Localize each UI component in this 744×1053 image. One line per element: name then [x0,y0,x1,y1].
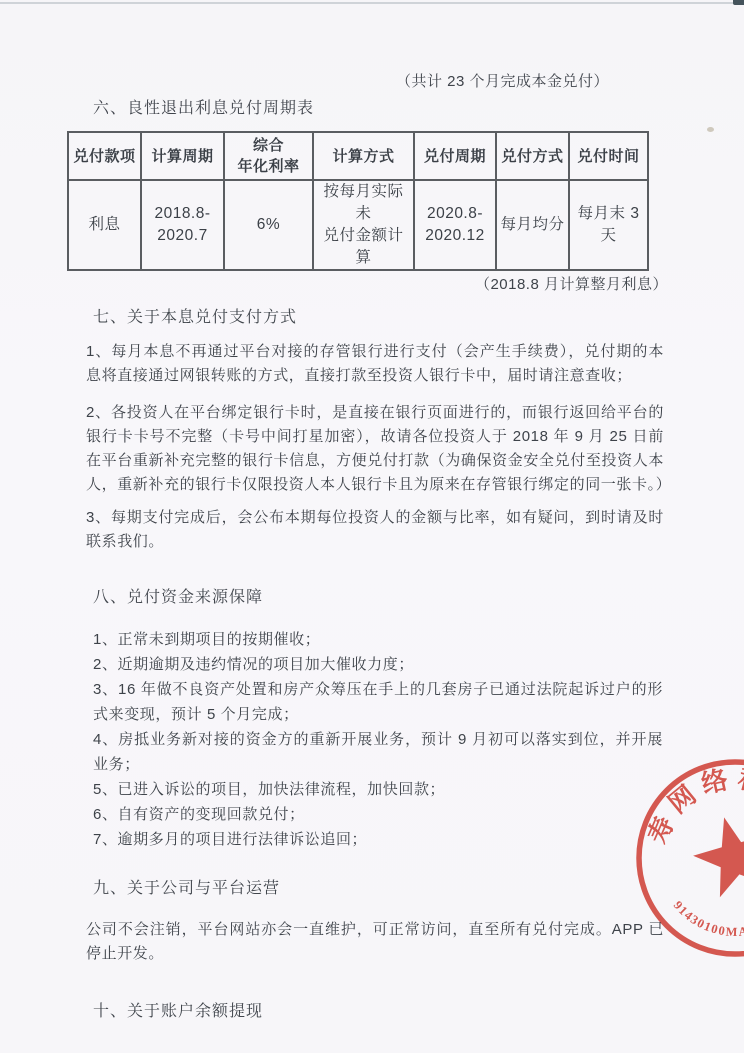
header-payment-item: 兑付款项 [68,132,141,180]
section7-paragraph-3: 3、每期支付完成后，会公布本期每位投资人的金额与比率，如有疑问，到时请及时联系我… [86,506,664,554]
section9-paragraph: 公司不会注销，平台网站亦会一直维护，可正常访问，直至所有兑付完成。APP 已停止… [86,918,664,966]
table-row: 利息 2018.8- 2020.7 6% 按每月实际未 兑付金额计算 2020.… [68,180,648,270]
header-annual-rate: 综合 年化利率 [224,132,313,180]
cell-payment-cycle: 2020.8- 2020.12 [414,180,496,270]
section7-paragraph-2: 2、各投资人在平台绑定银行卡时，是直接在银行页面进行的，而银行返回给平台的银行卡… [86,401,664,497]
cell-payment-method: 每月均分 [496,180,569,270]
funding-source-item-4: 4、房抵业务新对接的资金方的重新开展业务，预计 9 月初可以落实到位，并开展业务… [93,727,663,777]
section8-title: 八、兑付资金来源保障 [93,587,744,609]
funding-source-list: 1、正常未到期项目的按期催收； 2、近期逾期及违约情况的项目加大催收力度； 3、… [93,627,663,852]
table-header-row: 兑付款项 计算周期 综合 年化利率 计算方式 兑付周期 兑付方式 兑付时间 [68,132,648,180]
interest-schedule-table: 兑付款项 计算周期 综合 年化利率 计算方式 兑付周期 兑付方式 兑付时间 利息… [67,131,649,271]
scan-edge-line [0,2,744,4]
section6-title: 六、良性退出利息兑付周期表 [93,98,744,120]
cell-annual-rate: 6% [224,180,313,270]
cell-payment-time: 每月末 3 天 [569,180,648,270]
section7-title: 七、关于本息兑付支付方式 [93,307,744,329]
funding-source-item-5: 5、已进入诉讼的项目，加快法律流程，加快回款； [93,777,663,802]
header-calc-method: 计算方式 [313,132,414,180]
august-interest-note: （2018.8 月计算整月利息） [0,274,668,296]
principal-completion-note: （共计 23 个月完成本金兑付） [0,71,609,93]
cell-calc-period: 2018.8- 2020.7 [141,180,224,270]
section9-title: 九、关于公司与平台运营 [93,878,744,900]
scan-corner-mark [733,0,744,5]
section10-title: 十、关于账户余额提现 [93,1001,744,1023]
scanned-document-page: （共计 23 个月完成本金兑付） 六、良性退出利息兑付周期表 兑付款项 计算周期… [0,0,744,1053]
section7-paragraph-1: 1、每月本息不再通过平台对接的存管银行进行支付（会产生手续费），兑付期的本息将直… [86,340,664,388]
header-payment-time: 兑付时间 [569,132,648,180]
header-calc-period: 计算周期 [141,132,224,180]
funding-source-item-7: 7、逾期多月的项目进行法律诉讼追回； [93,827,663,852]
funding-source-item-6: 6、自有资产的变现回款兑付； [93,802,663,827]
funding-source-item-3: 3、16 年做不良资产处置和房产众筹压在手上的几套房子已通过法院起诉过户的形式来… [93,677,663,727]
scan-speck [707,127,714,132]
cell-calc-method: 按每月实际未 兑付金额计算 [313,180,414,270]
cell-payment-item: 利息 [68,180,141,270]
funding-source-item-1: 1、正常未到期项目的按期催收； [93,627,663,652]
header-payment-method: 兑付方式 [496,132,569,180]
seal-credit-code: 91430100MA4L2 [671,898,744,939]
funding-source-item-2: 2、近期逾期及违约情况的项目加大催收力度； [93,652,663,677]
header-payment-cycle: 兑付周期 [414,132,496,180]
